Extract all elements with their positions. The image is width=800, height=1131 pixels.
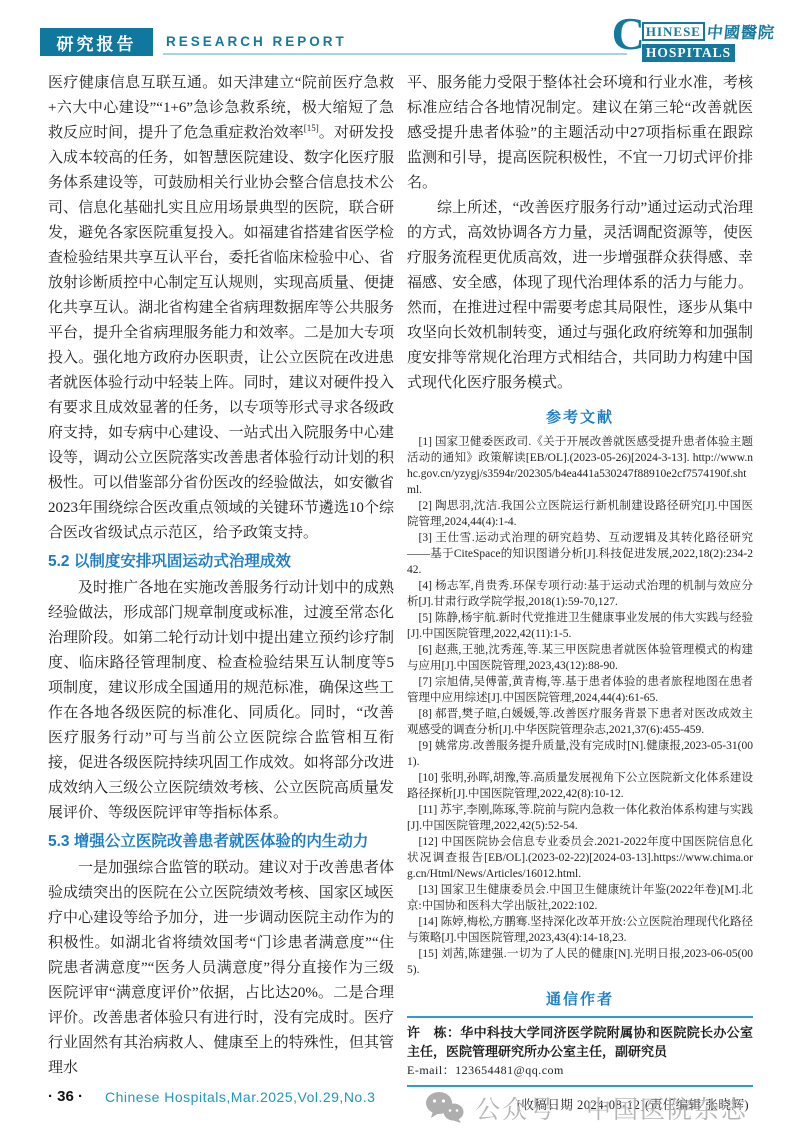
reference-item: [6] 赵燕,王驰,沈秀莲,等.某三甲医院患者就医体验管理模式的构建与应用[J]… [407,642,753,674]
reference-item: [4] 杨志军,肖贵秀.环保专项行动:基于运动式治理的机制与效应分析[J].甘肃… [407,578,753,610]
header-divider [163,53,627,55]
reference-item: [10] 张明,孙晖,胡豫,等.高质量发展视角下公立医院新文化体系建设路径探析[… [407,770,753,802]
reference-item: [11] 苏宇,李刚,陈琢,等.院前与院内急救一体化救治体系构建与实践[J].中… [407,802,753,834]
section-5-2-body: 及时推广各地在实施改善服务行动计划中的成熟经验做法，形成部门规章制度或标准，过渡… [48,576,394,826]
reference-item: [12] 中国医院协会信息专业委员会.2021-2022年度中国医院信息化状况调… [407,834,753,882]
reference-item: [2] 陶思羽,沈洁.我国公立医院运行新机制建设路径研究[J].中国医院管理,2… [407,498,753,530]
logo-right-block: HINESE 中國醫院 HOSPITALS [642,20,775,62]
corresponding-author-block: 许 栋：华中科技大学同济医学院附属协和医院院长办公室主任，医院管理研究所办公室主… [407,1023,753,1080]
section-heading-5-2: 5.2 以制度安排巩固运动式治理成效 [48,549,394,574]
reference-item: [9] 姚常房.改善服务提升质量,没有完成时[N].健康报,2023-05-31… [407,738,753,770]
divider-line [407,1085,753,1087]
conclusion-paragraph: 综上所述，“改善医疗服务行动”通过运动式治理的方式，高效协调各方力量，灵活调配资… [407,196,753,396]
references-list: [1] 国家卫健委医政司.《关于开展改善就医感受提升患者体验主题活动的通知》政策… [407,434,753,978]
section-heading-5-3: 5.3 增强公立医院改善患者就医体验的内生动力 [48,829,394,854]
right-column: 平、服务能力受限于整体社会环境和行业水准，考核标准应结合各地情况制定。建议在第三… [407,71,753,1113]
reference-item: [7] 宗旭倩,吴傅蕾,黄青梅,等.基于患者体验的患者旅程地图在患者管理中应用综… [407,674,753,706]
section-tag-label: 研究报告 [57,30,137,55]
journal-logo: C HINESE 中國醫院 HOSPITALS [612,14,775,62]
author-affiliation: 许 栋：华中科技大学同济医学院附属协和医院院长办公室主任，医院管理研究所办公室主… [407,1023,753,1061]
divider-line [407,1016,753,1018]
reference-item: [1] 国家卫健委医政司.《关于开展改善就医感受提升患者体验主题活动的通知》政策… [407,434,753,498]
logo-hospitals-text: HOSPITALS [642,44,735,62]
reference-item: [3] 王仕雪.运动式治理的研究趋势、互动逻辑及其转化路径研究——基于CiteS… [407,530,753,578]
paragraph-text: 。对研发投入成本较高的任务，如智慧医院建设、数字化医疗服务体系建设等，可鼓励相关… [48,125,394,541]
corresponding-author-heading: 通信作者 [407,988,753,1009]
section-5-3-body: 一是加强综合监管的联动。建议对于改善患者体验成绩突出的医院在公立医院绩效考核、国… [48,856,394,1081]
reference-item: [5] 陈静,杨宇航.新时代党推进卫生健康事业发展的伟大实践与经验[J].中国医… [407,610,753,642]
section-tag-box: 研究报告 [40,28,153,56]
author-email: E-mail：123654481@qq.com [407,1061,753,1080]
citation-superscript: [15] [304,123,319,133]
page-footer: · 36 · Chinese Hospitals,Mar.2025,Vol.29… [48,1088,375,1105]
journal-page: 研究报告 RESEARCH REPORT C HINESE 中國醫院 HOSPI… [0,0,800,1131]
logo-chinese-name: 中國醫院 [706,20,776,43]
wechat-watermark: 公众号 · 中国医院杂志 [425,1090,748,1126]
references-heading: 参考文献 [407,406,753,427]
reference-item: [14] 陈婷,梅松,方鹏骞.坚持深化改革开放:公立医院治理现代化路径与策略[J… [407,914,753,946]
paragraph-continuation: 平、服务能力受限于整体社会环境和行业水准，考核标准应结合各地情况制定。建议在第三… [407,71,753,196]
wechat-icon [425,1091,465,1125]
logo-top-row: HINESE 中國醫院 [642,20,775,43]
paragraph-continuation: 医疗健康信息互联互通。如天津建立“院前医疗急救+六大中心建设”“1+6”急诊急救… [48,71,394,546]
logo-hinese-text: HINESE [642,22,705,41]
left-column: 医疗健康信息互联互通。如天津建立“院前医疗急救+六大中心建设”“1+6”急诊急救… [48,71,394,1081]
reference-item: [15] 刘茜,陈建强.一切为了人民的健康[N].光明日报,2023-06-05… [407,946,753,978]
reference-item: [8] 郝晋,樊子暄,白媛媛,等.改善医疗服务背景下患者对医改成效主观感受的调查… [407,706,753,738]
section-tag-english: RESEARCH REPORT [166,34,347,49]
journal-citation: Chinese Hospitals,Mar.2025,Vol.29,No.3 [105,1089,375,1105]
watermark-text: 公众号 · 中国医院杂志 [475,1090,748,1126]
reference-item: [13] 国家卫生健康委员会.中国卫生健康统计年鉴(2022年卷)[M].北京:… [407,882,753,914]
page-number: · 36 · [48,1088,83,1105]
logo-letter-c: C [612,14,645,54]
